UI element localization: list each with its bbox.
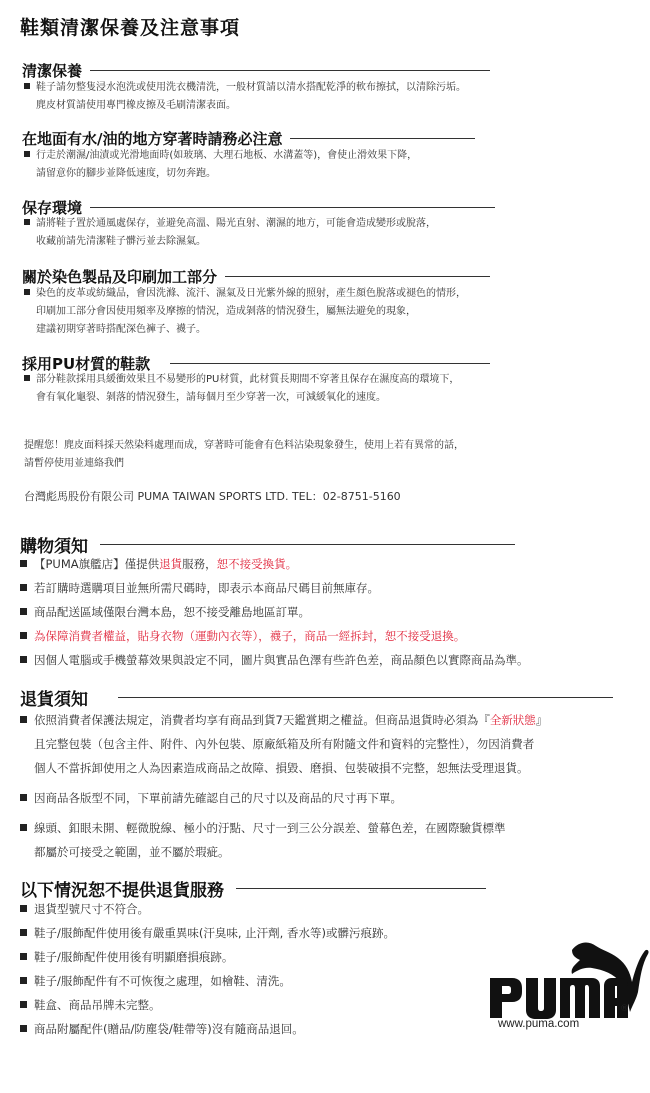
section-heading-returns: 退貨須知 [20, 685, 613, 710]
list-item: 鞋盒、商品吊牌未完整。 [20, 993, 395, 1017]
bullet-icon [20, 929, 27, 936]
registered-mark: ® [620, 1004, 629, 1014]
section-heading-slippery: 在地面有水/油的地方穿著時請務必注意 [22, 128, 475, 149]
bullet-icon [24, 83, 30, 89]
list-item: 若訂購時選購項目並無所需尺碼時，即表示本商品尺碼目前無庫存。 [20, 576, 529, 600]
list-item: 商品附屬配件(贈品/防塵袋/鞋帶等)沒有隨商品退回。 [20, 1017, 395, 1041]
company-info: 台灣彪馬股份有限公司 PUMA TAIWAN SPORTS LTD. TEL：0… [24, 488, 401, 506]
section-heading-dyed: 關於染色製品及印刷加工部分 [22, 266, 490, 287]
no-return-list: 退貨型號尺寸不符合。 鞋子/服飾配件使用後有嚴重異味(汗臭味, 止汗劑, 香水等… [20, 897, 395, 1041]
divider [90, 70, 490, 71]
list-item: 依照消費者保護法規定，消費者均享有商品到貨7天鑑賞期之權益。但商品退貨時必須為『… [20, 708, 547, 732]
section-text-dyed: 染色的皮革或紡織品，會因洗滌、流汗、濕氣及日光紫外線的照射，產生顏色脫落或褪色的… [24, 285, 466, 339]
divider [170, 363, 490, 364]
bullet-icon [20, 1025, 27, 1032]
list-item: 退貨型號尺寸不符合。 [20, 897, 395, 921]
bullet-icon [24, 219, 30, 225]
bullet-icon [20, 824, 27, 831]
list-item: 商品配送區域僅限台灣本島，恕不接受離島地區訂單。 [20, 600, 529, 624]
list-item: 鞋子/服飾配件使用後有明顯磨損痕跡。 [20, 945, 395, 969]
list-item: 【PUMA旗艦店】僅提供退貨服務，恕不接受換貨。 [20, 552, 529, 576]
returns-list: 依照消費者保護法規定，消費者均享有商品到貨7天鑑賞期之權益。但商品退貨時必須為『… [20, 708, 547, 864]
page-title: 鞋類清潔保養及注意事項 [20, 13, 240, 40]
bullet-icon [20, 977, 27, 984]
section-heading-cleaning: 清潔保養 [22, 60, 490, 81]
list-item: 為保障消費者權益，貼身衣物（運動內衣等），襪子，商品一經拆封，恕不接受退換。 [20, 624, 529, 648]
bullet-icon [24, 151, 30, 157]
divider [225, 276, 490, 277]
shopping-list: 【PUMA旗艦店】僅提供退貨服務，恕不接受換貨。 若訂購時選購項目並無所需尺碼時… [20, 552, 529, 672]
section-text-slippery: 行走於潮濕/油漬或光滑地面時(如玻璃、大理石地板、水溝蓋等)，會使止滑效果下降，… [24, 147, 417, 183]
section-text-pu: 部分鞋款採用具緩衝效果且不易變形的PU材質，此材質長期間不穿著且保存在濕度高的環… [24, 371, 459, 407]
bullet-icon [24, 375, 30, 381]
bullet-icon [20, 632, 27, 639]
list-item: 鞋子/服飾配件有不可恢復之處理，如檜鞋、清洗。 [20, 969, 395, 993]
bullet-icon [24, 289, 30, 295]
bullet-icon [20, 584, 27, 591]
section-text-cleaning: 鞋子請勿整隻浸水泡洗或使用洗衣機清洗，一般材質請以清水搭配乾淨的軟布擦拭，以清除… [24, 79, 466, 115]
divider [236, 888, 486, 889]
bullet-icon [20, 560, 27, 567]
bullet-icon [20, 905, 27, 912]
list-item: 鞋子/服飾配件使用後有嚴重異味(汗臭味, 止汗劑, 香水等)或髒污痕跡。 [20, 921, 395, 945]
divider [290, 138, 475, 139]
bullet-icon [20, 1001, 27, 1008]
puma-url: www.puma.com [498, 1018, 579, 1030]
list-item: 因商品各版型不同，下單前請先確認自己的尺寸以及商品的尺寸再下單。 [20, 786, 547, 810]
bullet-icon [20, 608, 27, 615]
divider [118, 697, 613, 698]
bullet-icon [20, 953, 27, 960]
divider [100, 544, 515, 545]
section-text-storage: 請將鞋子置於通風處保存，並避免高溫、陽光直射、潮濕的地方，可能會造成變形或脫落，… [24, 215, 436, 251]
list-item: 線頭、釦眼未開、輕微脫線、極小的汙點、尺寸一到三公分誤差、螢幕色差，在國際驗貨標… [20, 816, 547, 840]
reminder-text: 提醒您！麂皮面料採天然染料處理而成，穿著時可能會有色料沾染現象發生，使用上若有異… [24, 437, 464, 473]
list-item: 因個人電腦或手機螢幕效果與設定不同，圖片與實品色澤有些許色差，商品顏色以實際商品… [20, 648, 529, 672]
bullet-icon [20, 794, 27, 801]
divider [90, 207, 495, 208]
bullet-icon [20, 656, 27, 663]
bullet-icon [20, 716, 27, 723]
